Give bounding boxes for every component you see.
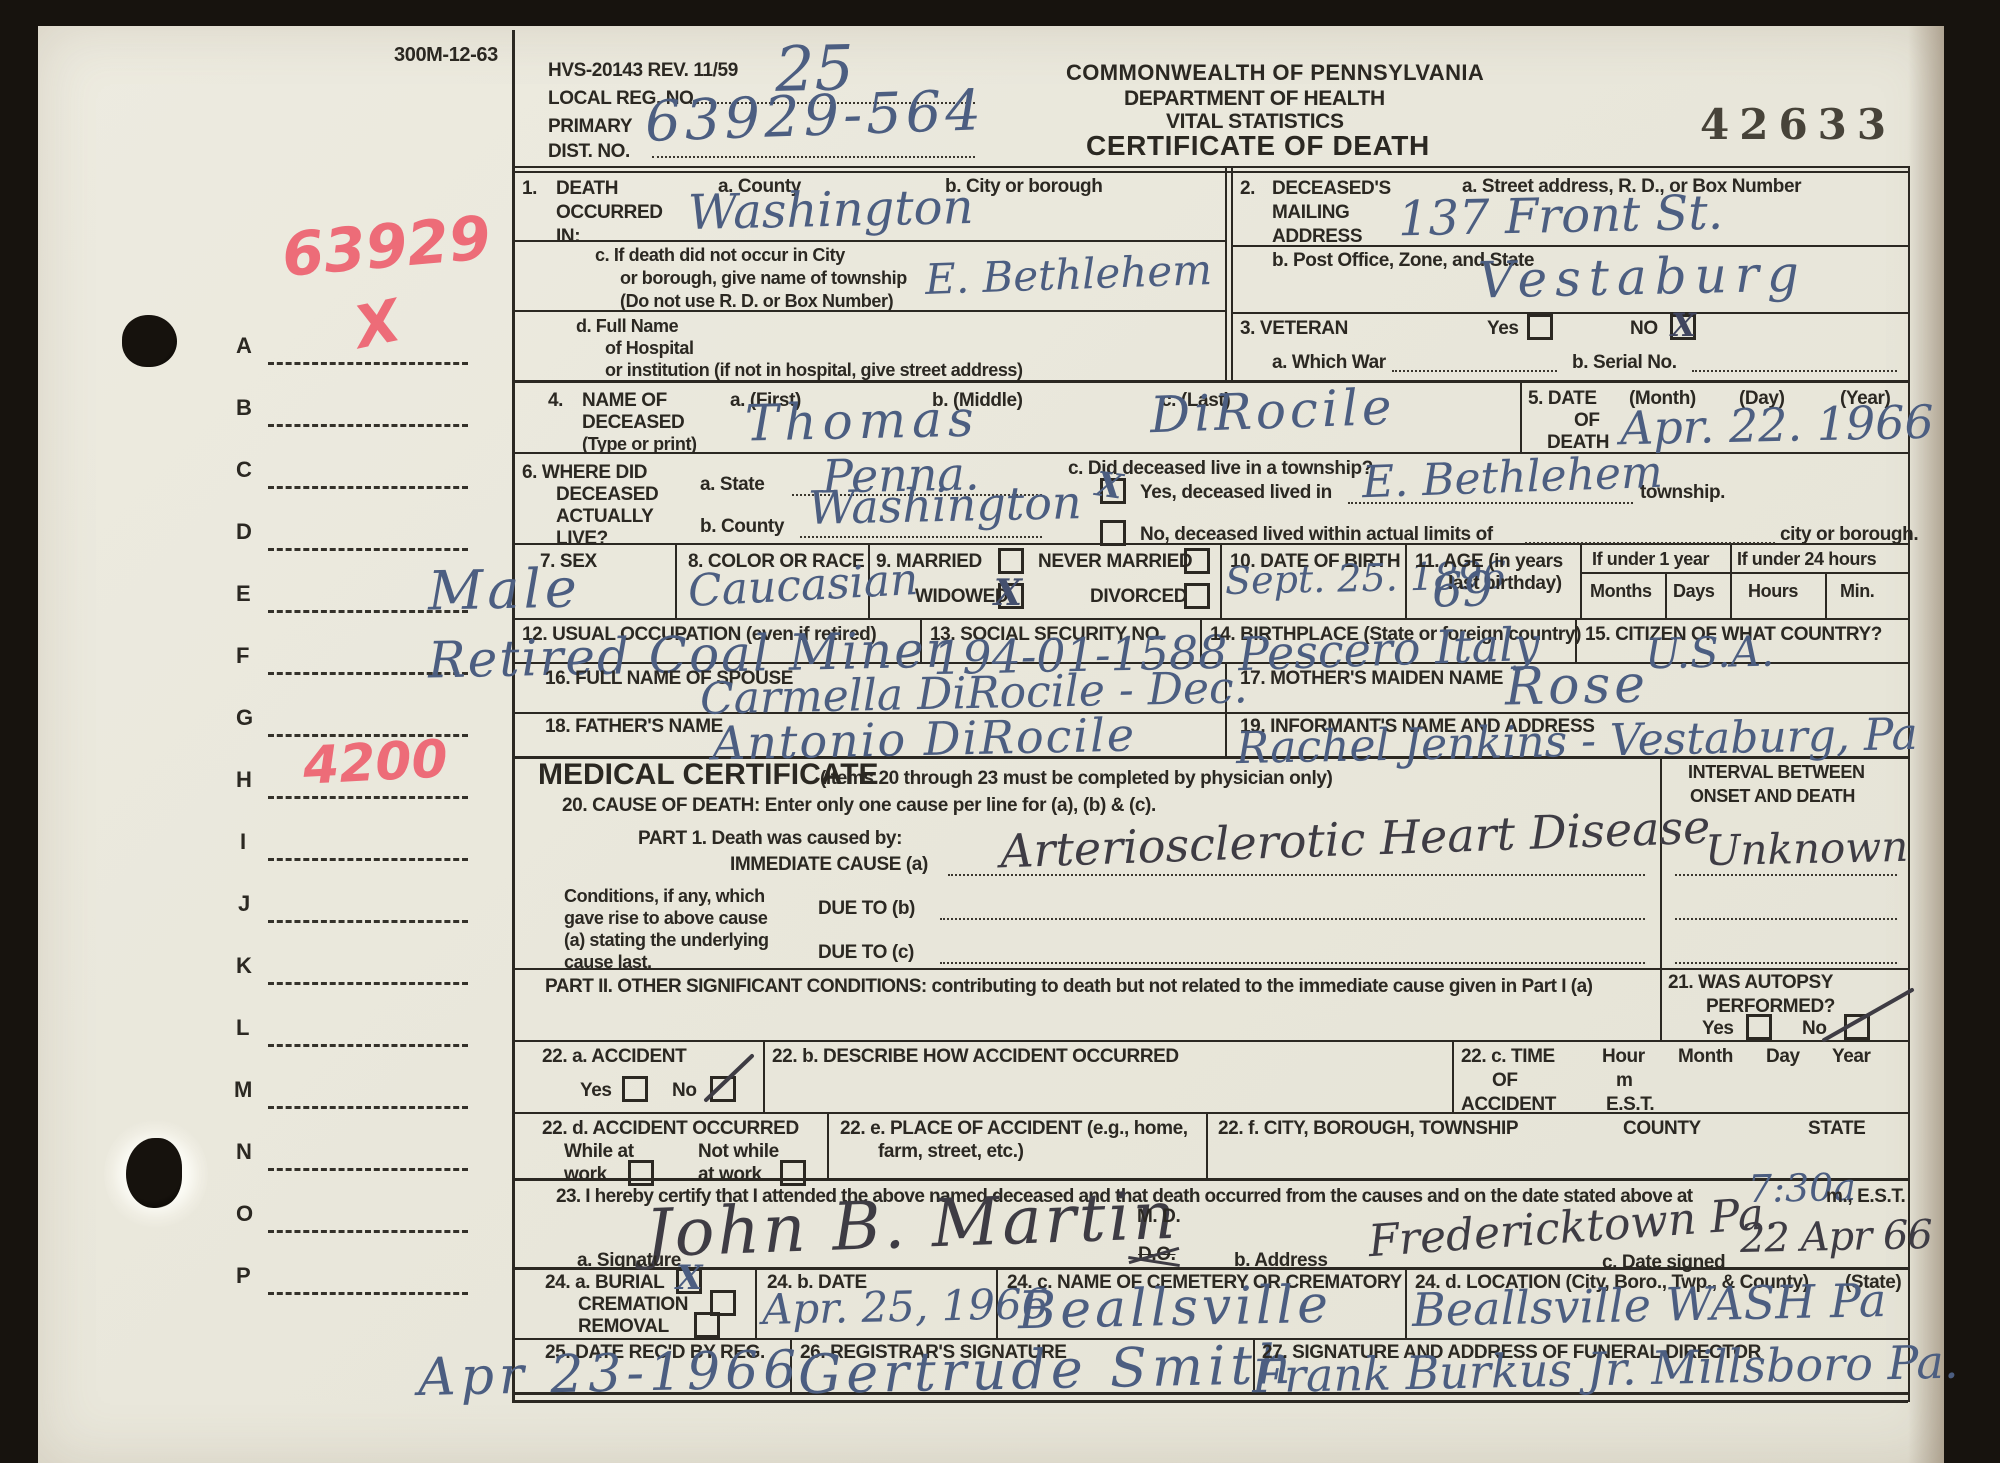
divider xyxy=(1206,1112,1208,1178)
s22d-label: 22. d. ACCIDENT OCCURRED xyxy=(542,1118,799,1140)
not-while-label: Not while xyxy=(698,1141,779,1163)
margin-ruled-line xyxy=(268,486,468,489)
s4-number: 4. xyxy=(548,390,563,412)
divider xyxy=(1231,166,1233,380)
days-label: Days xyxy=(1673,581,1714,602)
divider xyxy=(1580,543,1582,618)
medical-certificate-subtitle: (Items 20 through 23 must be completed b… xyxy=(820,768,1332,790)
s1c-label: c. If death did not occur in City xyxy=(595,245,845,266)
form-left-border xyxy=(512,30,515,1402)
interval-label: ONSET AND DEATH xyxy=(1690,786,1855,807)
signature-label: a. Signature xyxy=(577,1250,681,1272)
margin-letter: O xyxy=(236,1201,253,1227)
margin-ruled-line xyxy=(268,1230,468,1233)
s22c-of-label: OF xyxy=(1492,1070,1518,1092)
s6-no-text: No, deceased lived within actual limits … xyxy=(1140,524,1493,546)
divider xyxy=(1452,1040,1454,1112)
not-at-work-checkbox xyxy=(780,1160,806,1186)
s22e-label: farm, street, etc.) xyxy=(878,1141,1024,1163)
year-label: Year xyxy=(1832,1046,1871,1068)
s6-no-line xyxy=(1525,542,1775,544)
township-of-death-value: E. Bethlehem xyxy=(924,245,1213,304)
address-label: b. Address xyxy=(1234,1250,1328,1272)
cause-c-line xyxy=(940,962,1645,964)
certificate-number-stamp: 42633 xyxy=(1700,100,1896,149)
middle-name-label: b. (Middle) xyxy=(932,390,1023,412)
margin-letter: F xyxy=(236,643,249,669)
serial-no-label: b. Serial No. xyxy=(1572,352,1677,374)
margin-letter: J xyxy=(238,891,250,917)
date-of-death-value: Apr. 22. 1966 xyxy=(1619,395,1934,456)
rule xyxy=(512,1112,1908,1114)
margin-letter: M xyxy=(234,1077,252,1103)
divider xyxy=(1825,572,1827,618)
cemetery-value: Beallsville xyxy=(1017,1275,1332,1342)
form-code: HVS-20143 REV. 11/59 xyxy=(548,60,738,82)
interval-c-line xyxy=(1675,962,1897,964)
s22c-label: 22. c. TIME xyxy=(1461,1046,1555,1068)
widowed-x-mark: X xyxy=(994,572,1022,614)
divider xyxy=(1665,572,1667,618)
burial-date-value: Apr. 25, 1966 xyxy=(762,1279,1049,1334)
punch-hole-bottom xyxy=(126,1138,182,1208)
under-24-hours-label: If under 24 hours xyxy=(1737,549,1876,570)
divorced-checkbox xyxy=(1184,583,1210,609)
margin-ruled-line xyxy=(268,858,468,861)
margin-letter: C xyxy=(236,457,252,483)
s6-yes-text: Yes, deceased lived in xyxy=(1140,482,1332,504)
conditions-label: Conditions, if any, which xyxy=(564,886,765,907)
age-value: 69 xyxy=(1431,561,1493,618)
department-title: DEPARTMENT OF HEALTH xyxy=(1124,87,1385,111)
margin-letter: N xyxy=(236,1139,252,1165)
s6-township-suffix: township. xyxy=(1640,482,1725,504)
divider xyxy=(675,543,677,618)
s1c-label: or borough, give name of township xyxy=(620,268,907,289)
s5-label: OF xyxy=(1574,410,1600,432)
divider xyxy=(1225,166,1227,380)
veteran-yes-checkbox xyxy=(1527,314,1553,340)
s6-label: 6. WHERE DID xyxy=(522,462,647,484)
print-code: 300M-12-63 xyxy=(394,44,498,67)
rule xyxy=(512,968,1908,970)
serial-no-line xyxy=(1692,370,1897,372)
rule xyxy=(512,240,1225,242)
s2-label: ADDRESS xyxy=(1272,226,1362,248)
removal-checkbox xyxy=(694,1312,720,1338)
rule xyxy=(512,1040,1908,1042)
divider xyxy=(1220,543,1222,618)
margin-letter: I xyxy=(240,829,246,855)
certify-suffix: m., E.S.T. xyxy=(1826,1186,1905,1208)
scanned-death-certificate: 300M-12-63 A B C D E F G H I J K L M N O… xyxy=(0,0,2000,1463)
md-label: M. D. xyxy=(1137,1206,1180,1228)
s20-label: 20. CAUSE OF DEATH: Enter only one cause… xyxy=(562,795,1156,817)
s6-city-suffix: city or borough. xyxy=(1780,524,1918,546)
dist-no-label: DIST. NO. xyxy=(548,141,630,163)
margin-letter: H xyxy=(236,767,252,793)
autopsy-yes-label: Yes xyxy=(1702,1018,1734,1040)
min-label: Min. xyxy=(1840,581,1874,602)
interval-b-line xyxy=(1675,918,1897,920)
margin-ruled-line xyxy=(268,982,468,985)
margin-ruled-line xyxy=(268,1106,468,1109)
s22a-label: 22. a. ACCIDENT xyxy=(542,1046,686,1068)
s22b-label: 22. b. DESCRIBE HOW ACCIDENT OCCURRED xyxy=(772,1046,1179,1068)
primary-dist-value: 63929-564 xyxy=(644,78,986,155)
margin-ruled-line xyxy=(268,920,468,923)
accident-yes-checkbox xyxy=(622,1076,648,1102)
margin-letter: B xyxy=(236,395,252,421)
months-label: Months xyxy=(1590,581,1652,602)
s1-number: 1. xyxy=(522,178,537,200)
autopsy-no-checkmark xyxy=(1818,978,1918,1048)
cremation-label: CREMATION xyxy=(578,1294,688,1316)
divider xyxy=(1405,1267,1407,1338)
while-at-work-label: work xyxy=(564,1164,607,1186)
street-address-value: 137 Front St. xyxy=(1397,185,1723,248)
state-label: STATE xyxy=(1808,1118,1865,1140)
s5-label: 5. DATE xyxy=(1528,388,1597,410)
burial-label: 24. a. BURIAL xyxy=(545,1272,664,1294)
margin-letter: P xyxy=(236,1263,251,1289)
divider xyxy=(755,1267,757,1338)
margin-ruled-line xyxy=(268,1044,468,1047)
margin-letter: G xyxy=(236,705,253,731)
rule xyxy=(512,166,1908,168)
divider xyxy=(827,1112,829,1178)
s2-label: DECEASED'S xyxy=(1272,178,1391,200)
post-office-value: Vestaburg xyxy=(1477,245,1807,310)
punch-hole-top xyxy=(122,315,177,367)
interval-label: INTERVAL BETWEEN xyxy=(1688,762,1865,783)
county-label: COUNTY xyxy=(1623,1118,1701,1140)
divider xyxy=(1730,543,1732,618)
cause-b-line xyxy=(940,918,1645,920)
divider xyxy=(1660,756,1662,1040)
married-checkbox xyxy=(998,548,1024,574)
citizenship-value: U.S.A. xyxy=(1645,627,1775,679)
day-label: Day xyxy=(1766,1046,1800,1068)
s1-label: IN: xyxy=(556,226,580,248)
due-to-c-label: DUE TO (c) xyxy=(818,942,914,964)
primary-label: PRIMARY xyxy=(548,116,632,138)
interval-a-value: Unknown xyxy=(1705,822,1909,875)
margin-ruled-line xyxy=(268,1292,468,1295)
under-1-year-label: If under 1 year xyxy=(1592,549,1709,570)
margin-ruled-line xyxy=(268,424,468,427)
s1c-label: (Do not use R. D. or Box Number) xyxy=(620,291,893,312)
s22f-label: 22. f. CITY, BOROUGH, TOWNSHIP xyxy=(1218,1118,1518,1140)
s1-label: DEATH xyxy=(556,178,618,200)
margin-letter: D xyxy=(236,519,252,545)
never-married-checkbox xyxy=(1184,548,1210,574)
date-signed-label: c. Date signed xyxy=(1602,1252,1725,1274)
accident-no-checkmark xyxy=(694,1048,764,1106)
accident-yes-label: Yes xyxy=(580,1080,612,1102)
margin-letter: L xyxy=(236,1015,249,1041)
married-label: 9. MARRIED xyxy=(876,551,982,573)
s4-label: DECEASED xyxy=(582,412,684,434)
commonwealth-title: COMMONWEALTH OF PENNSYLVANIA xyxy=(1066,60,1484,86)
s17-label: 17. MOTHER'S MAIDEN NAME xyxy=(1240,668,1503,690)
s4-label: NAME OF xyxy=(582,390,667,412)
margin-red-number-h: 4200 xyxy=(302,729,450,796)
accident-no-label: No xyxy=(672,1080,697,1102)
registrar-signature-value: Gertrude Smith xyxy=(797,1333,1297,1406)
s6b-line xyxy=(800,536,1042,538)
date-received-value: Apr 23-1966 xyxy=(417,1340,801,1408)
mother-maiden-name-value: Rose xyxy=(1504,654,1649,717)
due-to-b-label: DUE TO (b) xyxy=(818,898,915,920)
s6a-label: a. State xyxy=(700,474,764,496)
cemetery-location-value: Beallsville WASH Pa xyxy=(1411,1273,1886,1337)
margin-ruled-line xyxy=(268,796,468,799)
s6-label: LIVE? xyxy=(556,528,608,550)
conditions-label: (a) stating the underlying xyxy=(564,930,769,951)
date-signed-value: 22 Apr 66 xyxy=(1740,1212,1933,1262)
veteran-no-label: NO xyxy=(1630,318,1658,340)
s4-label: (Type or print) xyxy=(582,434,697,455)
margin-letter: K xyxy=(236,953,252,979)
rule xyxy=(512,618,1908,620)
margin-letter: E xyxy=(236,581,251,607)
month-label: Month xyxy=(1678,1046,1733,1068)
never-married-label: NEVER MARRIED xyxy=(1038,551,1192,573)
conditions-label: cause last. xyxy=(564,952,652,973)
last-name-value: DiRocile xyxy=(1149,378,1396,445)
township-yes-x-mark: X xyxy=(1093,464,1125,507)
margin-ruled-line xyxy=(268,362,468,365)
s6b-label: b. County xyxy=(700,516,784,538)
hour-label: Hour xyxy=(1602,1046,1645,1068)
divider xyxy=(1520,380,1522,452)
township-residence-value: E. Bethlehem xyxy=(1361,447,1663,508)
s2-label: MAILING xyxy=(1272,202,1349,224)
rule xyxy=(512,171,1908,173)
rule xyxy=(1231,312,1908,314)
while-at-label: While at xyxy=(564,1141,634,1163)
county-residence-value: Washington xyxy=(807,475,1082,535)
s22c-m-label: m xyxy=(1616,1070,1633,1092)
s3-label: 3. VETERAN xyxy=(1240,318,1348,340)
veteran-yes-label: Yes xyxy=(1487,318,1519,340)
s2-number: 2. xyxy=(1240,178,1255,200)
s1b-label: b. City or borough xyxy=(945,176,1102,198)
divorced-label: DIVORCED xyxy=(1090,586,1187,608)
s18-label: 18. FATHER'S NAME xyxy=(545,716,723,738)
while-at-work-checkbox xyxy=(628,1160,654,1186)
s1d-label: or institution (if not in hospital, give… xyxy=(605,360,1023,381)
margin-ruled-line xyxy=(268,1168,468,1171)
s21-label: 21. WAS AUTOPSY xyxy=(1668,972,1833,994)
s6-label: ACTUALLY xyxy=(556,506,653,528)
s1-label: OCCURRED xyxy=(556,202,663,224)
margin-ruled-line xyxy=(268,548,468,551)
conditions-label: gave rise to above cause xyxy=(564,908,768,929)
veteran-no-x-mark: X xyxy=(1671,306,1696,344)
dist-no-line xyxy=(652,156,975,158)
burial-x-mark: X xyxy=(676,1258,702,1298)
which-war-label: a. Which War xyxy=(1272,352,1386,374)
autopsy-yes-checkbox xyxy=(1746,1014,1772,1040)
s22e-label: 22. e. PLACE OF ACCIDENT (e.g., home, xyxy=(840,1118,1188,1140)
sex-value: Male xyxy=(427,556,581,622)
township-no-checkbox xyxy=(1100,520,1126,546)
part2-label: PART II. OTHER SIGNIFICANT CONDITIONS: c… xyxy=(545,976,1593,998)
rule xyxy=(1580,572,1908,574)
county-of-death-value: Washington xyxy=(687,179,974,241)
which-war-line xyxy=(1392,370,1557,372)
immediate-cause-label: IMMEDIATE CAUSE (a) xyxy=(730,854,928,876)
s6-label: DECEASED xyxy=(556,484,658,506)
s1d-label: of Hospital xyxy=(605,338,694,359)
part1-label: PART 1. Death was caused by: xyxy=(638,828,902,850)
s22c-accident-label: ACCIDENT xyxy=(1461,1094,1556,1116)
margin-letter: A xyxy=(236,333,252,359)
certificate-title: CERTIFICATE OF DEATH xyxy=(1086,130,1430,162)
hours-label: Hours xyxy=(1748,581,1798,602)
est-label: E.S.T. xyxy=(1606,1094,1654,1116)
removal-label: REMOVAL xyxy=(578,1316,669,1338)
not-at-work-label: at work xyxy=(698,1164,762,1186)
s1d-label: d. Full Name xyxy=(576,316,678,337)
